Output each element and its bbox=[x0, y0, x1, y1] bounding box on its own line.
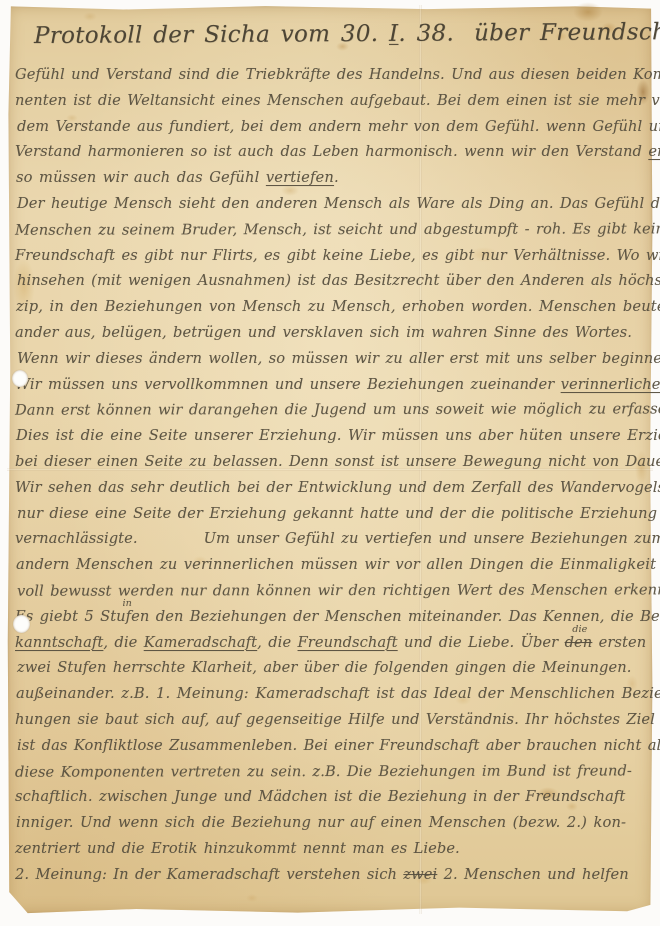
text-segment: dem Verstande aus fundiert, bei dem ande… bbox=[17, 118, 660, 135]
text-segment: 2. Meinung: In der Kameradschaft versteh… bbox=[15, 866, 403, 883]
text-segment: zwei bbox=[403, 866, 437, 883]
text-segment: Menschen zu seinem Bruder, Mensch, ist s… bbox=[15, 220, 660, 238]
text-line: so müssen wir auch das Gefühl vertiefen. bbox=[16, 165, 651, 191]
text-segment: inniger. Und wenn sich die Beziehung nur… bbox=[16, 814, 626, 831]
text-line: Gefühl und Verstand sind die Triebkräfte… bbox=[15, 62, 651, 88]
text-segment: vertiefen bbox=[266, 169, 334, 186]
text-line: nenten ist die Weltansicht eines Mensche… bbox=[15, 88, 651, 114]
text-line: 2. Meinung: In der Kameradschaft versteh… bbox=[15, 862, 651, 888]
text-line: außeinander. z.B. 1. Meinung: Kameradsch… bbox=[16, 681, 651, 707]
text-segment: zip, in den Beziehungen von Mensch zu Me… bbox=[16, 298, 660, 315]
text-line: ander aus, belügen, betrügen und verskla… bbox=[15, 320, 651, 346]
text-line: zentriert und die Erotik hinzukommt nenn… bbox=[15, 836, 651, 862]
text-line: Wenn wir dieses ändern wollen, so müssen… bbox=[17, 346, 651, 372]
text-segment: schaftlich. zwischen Junge und Mädchen i… bbox=[15, 788, 625, 805]
text-segment: ander aus, belügen, betrügen und verskla… bbox=[15, 324, 632, 341]
text-segment: Protokoll der Sicha vom 30. bbox=[34, 21, 389, 49]
text-line: schaftlich. zwischen Junge und Mädchen i… bbox=[15, 784, 651, 810]
text-segment: erweitern bbox=[648, 143, 660, 160]
text-segment: . bbox=[334, 169, 339, 186]
text-line: Es giebt 5 Stufenin den Beziehungen der … bbox=[15, 604, 651, 630]
text-segment: Dann erst können wir darangehen die Juge… bbox=[15, 401, 660, 419]
text-segment: und die Liebe. Über bbox=[398, 634, 565, 651]
text-line: Dann erst können wir darangehen die Juge… bbox=[15, 397, 651, 424]
text-segment: Wir müssen uns vervollkommnen und unsere… bbox=[15, 376, 561, 393]
text-line: andern Menschen zu verinnerlichen müssen… bbox=[16, 552, 651, 578]
text-line: Freundschaft es gibt nur Flirts, es gibt… bbox=[15, 243, 651, 269]
text-segment: hungen sie baut sich auf, auf gegenseiti… bbox=[15, 711, 655, 728]
text-line: Wir sehen das sehr deutlich bei der Entw… bbox=[15, 475, 651, 501]
document-title: Protokoll der Sicha vom 30. I. 38.über F… bbox=[34, 19, 660, 49]
text-line: dem Verstande aus fundiert, bei dem ande… bbox=[17, 114, 651, 140]
text-line: Dies ist die eine Seite unserer Erziehun… bbox=[16, 423, 651, 449]
text-segment: . 38. bbox=[398, 20, 454, 46]
text-segment: Freundschaft bbox=[298, 634, 398, 651]
text-segment: dendie bbox=[565, 634, 593, 651]
text-segment: kanntschaft bbox=[15, 634, 103, 651]
text-segment: Gefühl und Verstand sind die Triebkräfte… bbox=[15, 66, 660, 83]
text-segment: , die bbox=[103, 634, 143, 651]
text-segment: Stufenin bbox=[100, 608, 149, 625]
text-line: hinsehen (mit wenigen Ausnahmen) ist das… bbox=[17, 268, 651, 294]
text-segment: Dies ist die eine Seite unserer Erziehun… bbox=[16, 427, 660, 444]
text-segment: Wir sehen das sehr deutlich bei der Entw… bbox=[15, 479, 660, 496]
text-segment: zentriert und die Erotik hinzukommt nenn… bbox=[15, 840, 460, 857]
text-line: kanntschaft, die Kameradschaft, die Freu… bbox=[15, 630, 651, 656]
text-line: ist das Konfliktlose Zusammenleben. Bei … bbox=[17, 733, 651, 759]
text-line: voll bewusst werden nur dann können wir … bbox=[17, 577, 651, 604]
inserted-word: die bbox=[572, 625, 587, 634]
text-gap bbox=[138, 542, 204, 543]
text-segment: zwei Stufen herrschte Klarheit, aber übe… bbox=[17, 659, 631, 676]
text-line: zip, in den Beziehungen von Mensch zu Me… bbox=[16, 294, 651, 320]
scanned-document-page: Protokoll der Sicha vom 30. I. 38.über F… bbox=[0, 0, 660, 926]
text-line: zwei Stufen herrschte Klarheit, aber übe… bbox=[17, 655, 651, 681]
text-segment: ist das Konfliktlose Zusammenleben. Bei … bbox=[17, 737, 660, 754]
text-segment: außeinander. z.B. 1. Meinung: Kameradsch… bbox=[16, 685, 660, 702]
text-segment: den Beziehungen der Menschen miteinander… bbox=[149, 608, 660, 625]
text-line: nur diese eine Seite der Erziehung gekan… bbox=[17, 501, 651, 527]
text-segment: diese Komponenten vertreten zu sein. z.B… bbox=[15, 762, 632, 780]
text-line: hungen sie baut sich auf, auf gegenseiti… bbox=[15, 707, 651, 733]
text-segment: nur diese eine Seite der Erziehung gekan… bbox=[17, 505, 657, 522]
text-segment: bei dieser einen Seite zu belassen. Denn… bbox=[15, 453, 660, 470]
text-segment: andern Menschen zu verinnerlichen müssen… bbox=[16, 556, 660, 573]
text-segment: Verstand harmonieren so ist auch das Leb… bbox=[15, 143, 648, 160]
text-line: inniger. Und wenn sich die Beziehung nur… bbox=[16, 810, 651, 836]
text-segment: hinsehen (mit wenigen Ausnahmen) ist das… bbox=[17, 272, 660, 289]
text-segment: Freundschaft es gibt nur Flirts, es gibt… bbox=[15, 247, 660, 264]
text-line: diese Komponenten vertreten zu sein. z.B… bbox=[15, 758, 651, 785]
text-segment: Kameradschaft bbox=[144, 634, 257, 651]
text-line: Verstand harmonieren so ist auch das Leb… bbox=[15, 139, 651, 165]
text-segment: so müssen wir auch das Gefühl bbox=[16, 169, 266, 186]
text-segment: ersten bbox=[592, 634, 646, 651]
text-line: Menschen zu seinem Bruder, Mensch, ist s… bbox=[15, 216, 651, 243]
text-gap bbox=[454, 39, 474, 40]
text-segment: über Freundschaft. bbox=[474, 19, 660, 46]
punch-hole bbox=[12, 370, 28, 387]
text-segment: voll bewusst werden nur dann können wir … bbox=[17, 581, 660, 599]
text-segment: nenten ist die Weltansicht eines Mensche… bbox=[15, 92, 660, 109]
inserted-word: in bbox=[123, 599, 132, 608]
text-line: bei dieser einen Seite zu belassen. Denn… bbox=[15, 449, 651, 475]
text-segment: Um unser Gefühl zu vertiefen und unsere … bbox=[204, 530, 660, 547]
text-segment: vernachlässigte. bbox=[15, 530, 138, 547]
text-segment: , die bbox=[257, 634, 297, 651]
text-line: vernachlässigte.Um unser Gefühl zu verti… bbox=[15, 526, 651, 552]
text-line: Wir müssen uns vervollkommnen und unsere… bbox=[15, 372, 651, 398]
text-segment: Wenn wir dieses ändern wollen, so müssen… bbox=[17, 350, 660, 367]
text-segment: 2. Menschen und helfen bbox=[437, 866, 629, 883]
text-segment: Der heutige Mensch sieht den anderen Men… bbox=[17, 195, 660, 212]
punch-hole bbox=[13, 615, 30, 633]
text-segment: verinnerlichen bbox=[561, 376, 660, 393]
text-line: Der heutige Mensch sieht den anderen Men… bbox=[17, 191, 651, 217]
document-lines: Gefühl und Verstand sind die Triebkräfte… bbox=[15, 62, 651, 888]
